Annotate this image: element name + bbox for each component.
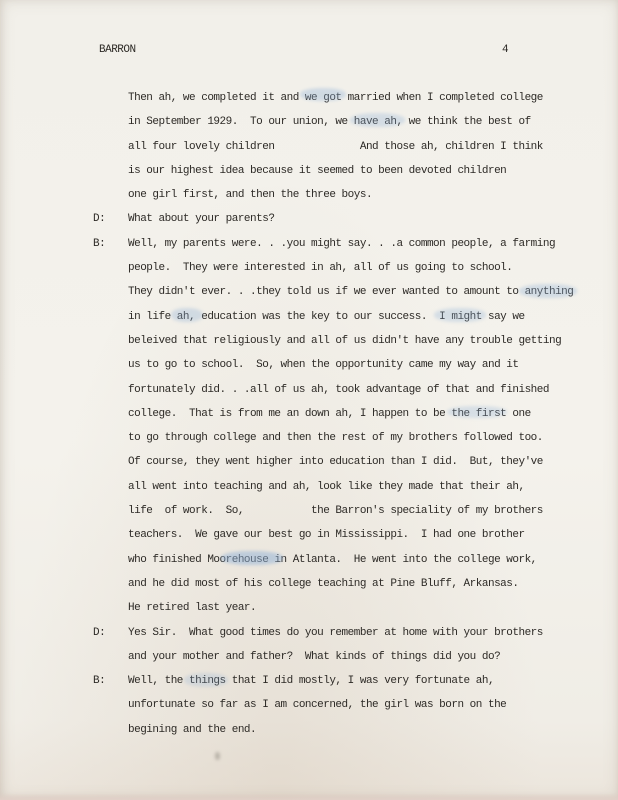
- transcript-line: is our highest idea because it seemed to…: [0, 159, 618, 183]
- transcript-line: They didn't ever. . .they told us if we …: [0, 280, 618, 304]
- line-text: Well, my parents were. . .you might say.…: [128, 232, 555, 256]
- transcript-line: all went into teaching and ah, look like…: [0, 475, 618, 499]
- speaker-label: [93, 135, 128, 159]
- line-text: fortunately did. . .all of us ah, took a…: [128, 378, 549, 402]
- line-text: college. That is from me an down ah, I h…: [128, 402, 531, 426]
- speaker-label: [93, 329, 128, 353]
- document-page: BARRON 4 Then ah, we completed it and we…: [0, 0, 618, 800]
- transcript-line: unfortunate so far as I am concerned, th…: [0, 693, 618, 717]
- page-number: 4: [502, 44, 508, 56]
- transcript-line: beleived that religiously and all of us …: [0, 329, 618, 353]
- transcript-line: Of course, they went higher into educati…: [0, 450, 618, 474]
- transcript-line: in life ah, education was the key to our…: [0, 305, 618, 329]
- line-text: What about your parents?: [128, 207, 274, 231]
- transcript-line: He retired last year.: [0, 596, 618, 620]
- line-text: beleived that religiously and all of us …: [128, 329, 561, 353]
- transcript-line: us to go to school. So, when the opportu…: [0, 353, 618, 377]
- speaker-label: [93, 718, 128, 742]
- speaker-label: [93, 280, 128, 304]
- speaker-label: [93, 523, 128, 547]
- speaker-label: [93, 378, 128, 402]
- transcript-line: to go through college and then the rest …: [0, 426, 618, 450]
- line-text: and your mother and father? What kinds o…: [128, 645, 500, 669]
- speaker-label: [93, 110, 128, 134]
- line-text: He retired last year.: [128, 596, 256, 620]
- transcript-line: begining and the end.: [0, 718, 618, 742]
- speaker-label: [93, 596, 128, 620]
- speaker-label: [93, 475, 128, 499]
- transcript-line: life of work. So, the Barron's specialit…: [0, 499, 618, 523]
- line-text: Well, the things that I did mostly, I wa…: [128, 669, 494, 693]
- transcript-line: and your mother and father? What kinds o…: [0, 645, 618, 669]
- transcript-line: who finished Moorehouse in Atlanta. He w…: [0, 548, 618, 572]
- speaker-label: D:: [93, 207, 128, 231]
- transcript-line: D:Yes Sir. What good times do you rememb…: [0, 621, 618, 645]
- stray-mark: [215, 752, 220, 760]
- line-text: They didn't ever. . .they told us if we …: [128, 280, 573, 304]
- line-text: who finished Moorehouse in Atlanta. He w…: [128, 548, 537, 572]
- line-text: Then ah, we completed it and we got marr…: [128, 86, 543, 110]
- transcript-line: Then ah, we completed it and we got marr…: [0, 86, 618, 110]
- speaker-label: [93, 353, 128, 377]
- transcript: Then ah, we completed it and we got marr…: [0, 86, 618, 742]
- line-text: Of course, they went higher into educati…: [128, 450, 543, 474]
- transcript-line: teachers. We gave our best go in Mississ…: [0, 523, 618, 547]
- page-header: BARRON 4: [0, 44, 618, 60]
- line-text: begining and the end.: [128, 718, 256, 742]
- line-text: unfortunate so far as I am concerned, th…: [128, 693, 506, 717]
- line-text: and he did most of his college teaching …: [128, 572, 518, 596]
- speaker-label: [93, 426, 128, 450]
- transcript-line: college. That is from me an down ah, I h…: [0, 402, 618, 426]
- speaker-label: [93, 548, 128, 572]
- speaker-label: [93, 572, 128, 596]
- line-text: to go through college and then the rest …: [128, 426, 543, 450]
- line-text: all four lovely children And those ah, c…: [128, 135, 543, 159]
- speaker-label: B:: [93, 669, 128, 693]
- line-text: life of work. So, the Barron's specialit…: [128, 499, 543, 523]
- header-title: BARRON: [99, 44, 136, 56]
- speaker-label: [93, 499, 128, 523]
- speaker-label: B:: [93, 232, 128, 256]
- transcript-line: people. They were interested in ah, all …: [0, 256, 618, 280]
- line-text: one girl first, and then the three boys.: [128, 183, 372, 207]
- speaker-label: [93, 402, 128, 426]
- transcript-line: B:Well, the things that I did mostly, I …: [0, 669, 618, 693]
- line-text: in September 1929. To our union, we have…: [128, 110, 531, 134]
- transcript-line: all four lovely children And those ah, c…: [0, 135, 618, 159]
- speaker-label: [93, 256, 128, 280]
- line-text: teachers. We gave our best go in Mississ…: [128, 523, 525, 547]
- speaker-label: [93, 693, 128, 717]
- transcript-line: fortunately did. . .all of us ah, took a…: [0, 378, 618, 402]
- transcript-line: B:Well, my parents were. . .you might sa…: [0, 232, 618, 256]
- speaker-label: [93, 645, 128, 669]
- transcript-line: one girl first, and then the three boys.: [0, 183, 618, 207]
- transcript-line: D:What about your parents?: [0, 207, 618, 231]
- speaker-label: [93, 450, 128, 474]
- speaker-label: D:: [93, 621, 128, 645]
- line-text: all went into teaching and ah, look like…: [128, 475, 525, 499]
- speaker-label: [93, 159, 128, 183]
- speaker-label: [93, 305, 128, 329]
- line-text: in life ah, education was the key to our…: [128, 305, 525, 329]
- transcript-line: and he did most of his college teaching …: [0, 572, 618, 596]
- line-text: people. They were interested in ah, all …: [128, 256, 512, 280]
- speaker-label: [93, 183, 128, 207]
- line-text: is our highest idea because it seemed to…: [128, 159, 506, 183]
- scan-bottom-edge: [0, 793, 618, 800]
- transcript-line: in September 1929. To our union, we have…: [0, 110, 618, 134]
- speaker-label: [93, 86, 128, 110]
- line-text: Yes Sir. What good times do you remember…: [128, 621, 543, 645]
- line-text: us to go to school. So, when the opportu…: [128, 353, 518, 377]
